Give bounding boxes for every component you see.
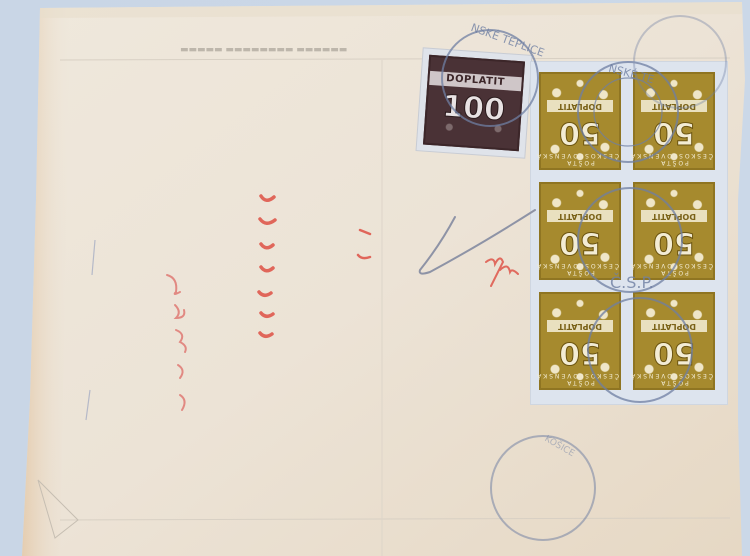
check-mark: [259, 292, 271, 295]
postmark-circle: [588, 298, 692, 402]
side-mark: [358, 255, 370, 258]
check-mark: [261, 267, 273, 271]
postmark-inner-circle: [594, 78, 662, 146]
red-vertical-writing: [167, 275, 186, 410]
pencil-mark: [420, 210, 535, 274]
check-mark: [260, 219, 275, 223]
check-mark: [261, 196, 274, 200]
side-mark: [360, 230, 370, 234]
check-mark: [260, 333, 272, 336]
check-mark: [261, 313, 273, 316]
corner-triangle-mark: [38, 480, 78, 538]
check-mark: [261, 244, 273, 248]
red-check-marks: [259, 196, 370, 336]
postmark-circle: [634, 16, 726, 108]
faint-pencil-marks: [86, 240, 95, 420]
red-signature: [486, 258, 518, 286]
postmark-text: NSKÉ TEPLICE: [469, 21, 546, 60]
markings-overlay: NSKÉ TEPLICE NSKÉ TE Č.S.P. KOŠICE: [0, 0, 750, 556]
postmark-circle: [491, 436, 595, 540]
postmarks: [442, 16, 726, 540]
postmark-text: Č.S.P.: [610, 273, 654, 292]
